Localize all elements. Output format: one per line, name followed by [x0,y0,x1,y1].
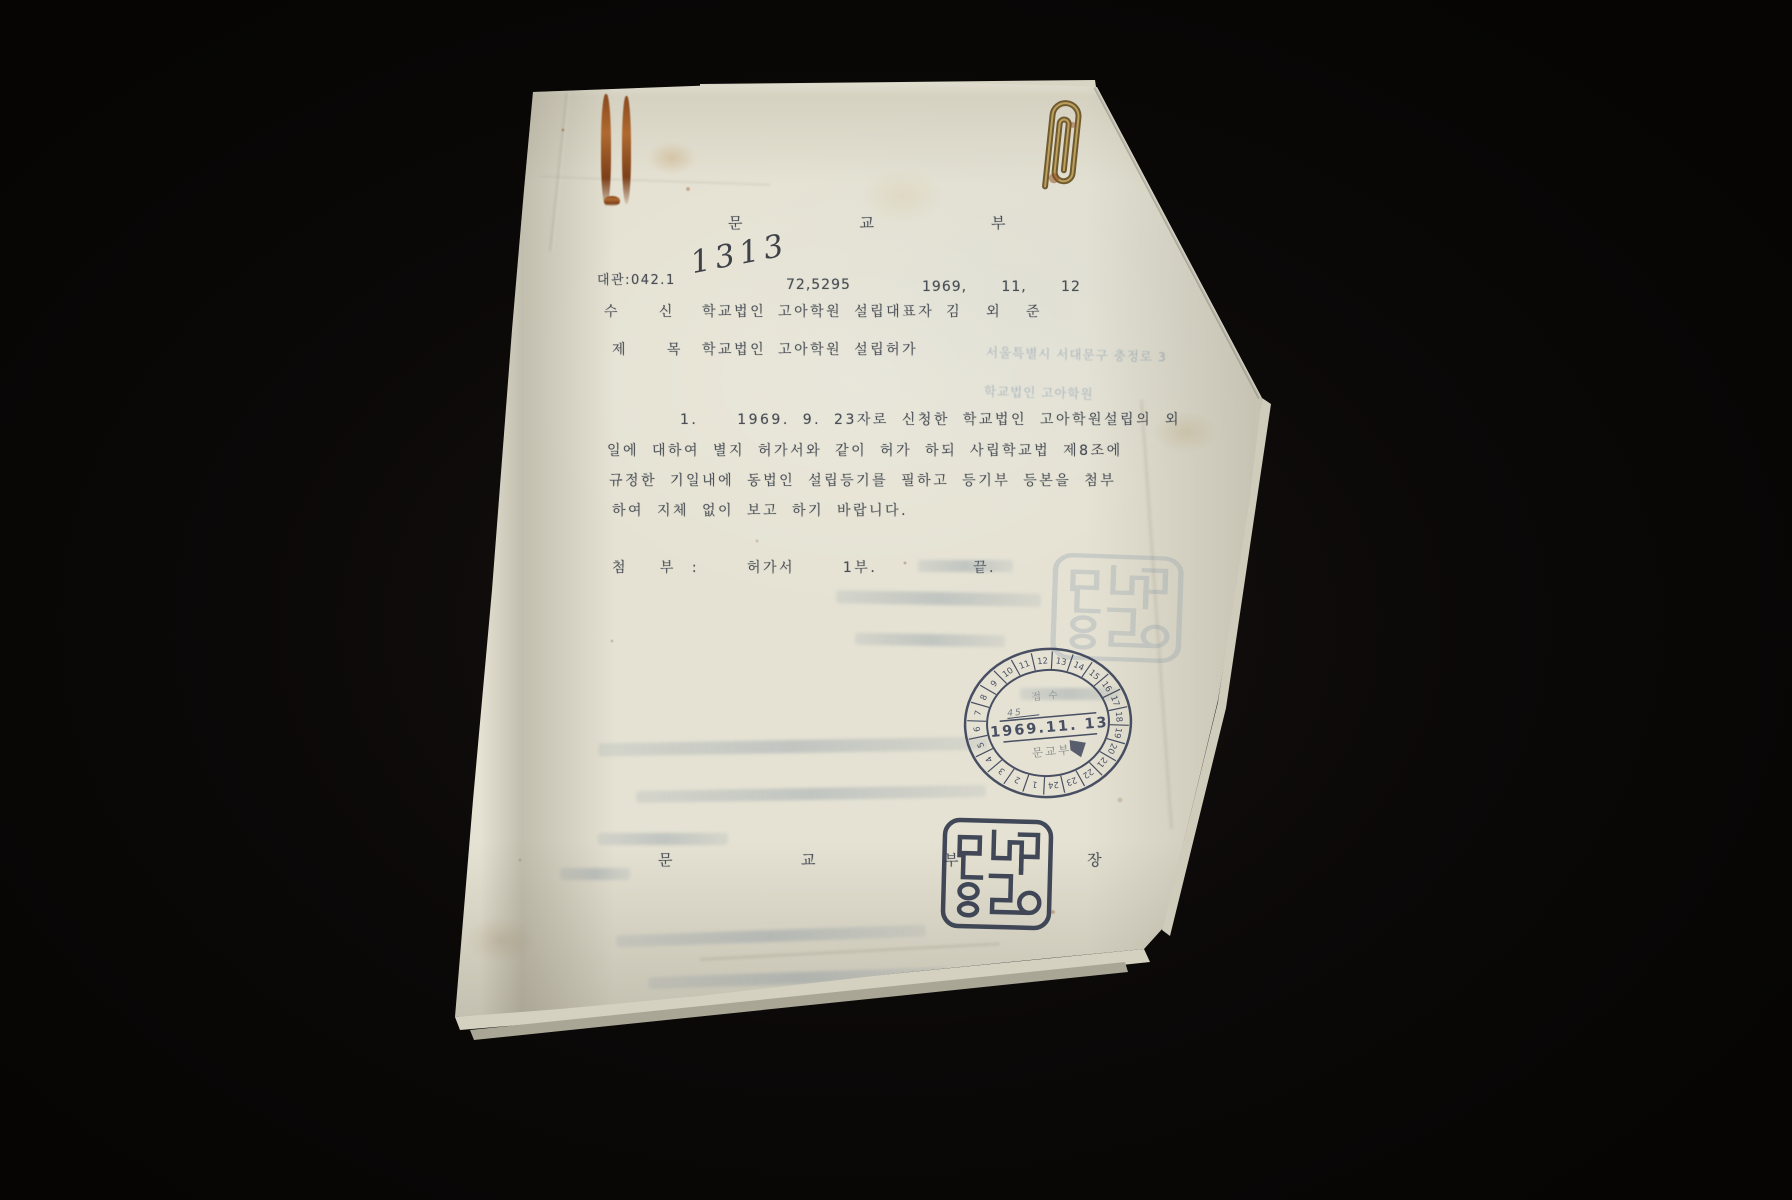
date-stamp-receipt-label: 접 수 [1031,688,1061,703]
rust-stain [601,94,611,206]
bleedthrough-smudge [560,868,630,880]
ring-tick [969,735,988,739]
ring-number: 7 [973,710,984,717]
ring-number: 1 [1031,778,1038,789]
ring-tick [1042,777,1046,795]
official-seal-stamp [934,812,1059,935]
doc-number-mid: 72,5295 [786,277,851,293]
ring-number: 13 [1055,656,1067,668]
ring-number: 22 [1080,766,1095,780]
ring-number: 4 [984,754,995,764]
ring-number: 23 [1065,774,1079,787]
document-page: 문 교 부 대관:042.1 1313 72,5295 1969, 11, 12… [0,0,1792,1200]
bleedthrough-smudge [918,560,1013,572]
rust-stain [604,196,620,206]
ring-number: 2 [1013,773,1022,784]
ring-tick [967,719,986,723]
subject-value: 학교법인 고아학원 설립허가 [702,339,918,359]
ring-number: 3 [997,765,1008,776]
ring-number: 9 [989,679,1000,690]
paperclip-icon [1014,80,1111,200]
ring-number: 20 [1105,741,1119,755]
date-stamp-ink-blob [1070,739,1088,758]
body-line-4: 하여 지체 없이 보고 하기 바랍니다. [612,500,908,520]
ring-number: 24 [1048,779,1060,790]
ring-tick [1108,707,1127,711]
bleedthrough-smudge [598,833,728,845]
ring-number: 5 [976,741,987,750]
ring-tick [1050,651,1054,669]
ring-number: 21 [1094,755,1109,770]
body-line-3: 규정한 기일내에 동법인 설립등기를 필하고 등기부 등본을 첨부 [609,470,1116,490]
ring-number: 14 [1071,660,1085,674]
ring-tick [1021,775,1030,792]
ring-number: 17 [1108,694,1121,708]
ring-number: 18 [1113,711,1124,723]
ring-tick [1061,775,1065,793]
recipient-value: 학교법인 고아학원 설립대표자 김 외 준 [702,301,1042,321]
ring-number: 15 [1087,668,1102,683]
date-stamp: 123456789101112131415161718192021222324 … [953,637,1142,810]
ring-number: 10 [1001,666,1016,680]
ring-number: 19 [1111,727,1123,739]
ring-number: 11 [1018,659,1032,672]
bleedthrough-org: 학교법인 고아학원 [984,382,1094,403]
ring-tick [1110,723,1129,727]
photo-background: 문 교 부 대관:042.1 1313 72,5295 1969, 11, 12… [0,0,1792,1200]
rust-stain [622,96,631,204]
ring-number: 6 [973,726,983,732]
body-line-2: 일에 대하여 별지 허가서와 같이 허가 하되 사립학교법 제8조에 [607,440,1123,460]
ring-number: 8 [979,693,990,702]
body-line-1: 1. 1969. 9. 23자로 신청한 학교법인 고아학원설립의 외 [680,409,1181,429]
doc-number-prefix: 대관:042.1 [597,269,676,288]
date-stamp-agency: 문교부 [1031,743,1071,760]
subject-label: 제 목 [612,339,683,359]
ring-number: 16 [1099,680,1113,695]
doc-date: 1969, 11, 12 [922,279,1081,295]
recipient-label: 수 신 [604,301,675,321]
seal-artwork [943,820,1052,929]
ring-number: 12 [1037,656,1049,667]
ring-tick [1031,653,1035,671]
